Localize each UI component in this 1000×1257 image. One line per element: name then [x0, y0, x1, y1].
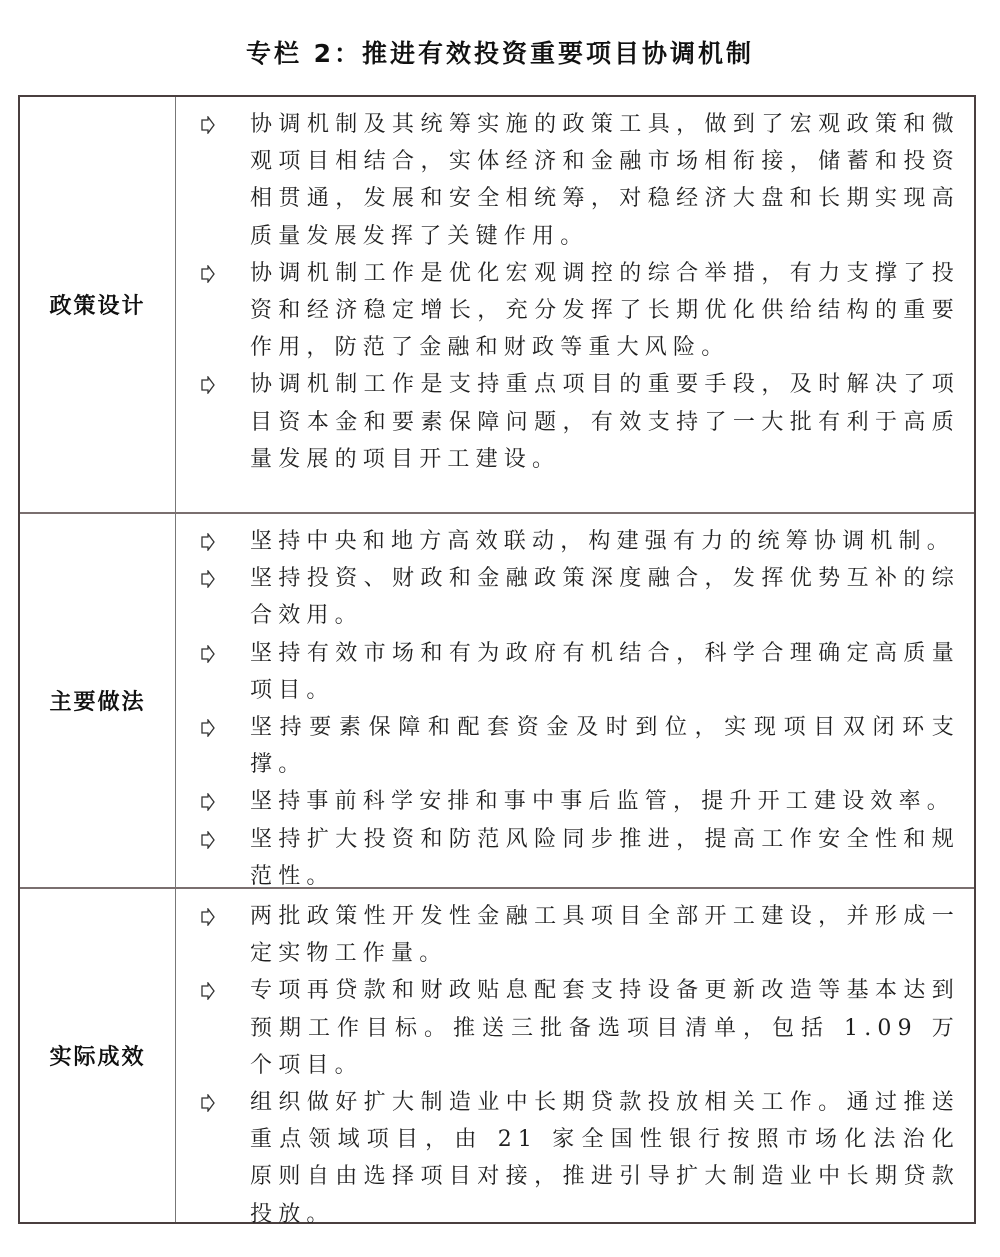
list-item: 协调机制工作是优化宏观调控的综合举措，有力支撑了投资和经济稳定增长，充分发挥了长… — [200, 255, 960, 367]
row-content: 两批政策性开发性金融工具项目全部开工建设，并形成一定实物工作量。 专项再贷款和财… — [176, 889, 974, 1222]
list-item: 坚持事前科学安排和事中事后监管，提升开工建设效率。 — [200, 783, 960, 820]
list-item-text: 坚持中央和地方高效联动，构建强有力的统筹协调机制。 — [250, 529, 955, 554]
list-item-text: 坚持投资、财政和金融政策深度融合，发挥优势互补的综合效用。 — [250, 566, 960, 628]
page-title: 专栏 2：推进有效投资重要项目协调机制 — [0, 34, 1000, 70]
list-item-text: 坚持扩大投资和防范风险同步推进，提高工作安全性和规范性。 — [250, 827, 960, 889]
list-item-text: 协调机制工作是支持重点项目的重要手段，及时解决了项目资本金和要素保障问题，有效支… — [250, 372, 960, 471]
hollow-right-arrow-icon — [200, 719, 216, 737]
row-label: 实际成效 — [20, 889, 176, 1222]
table-row-actual-results: 实际成效 两批政策性开发性金融工具项目全部开工建设，并形成一定实物工作量。 专项… — [20, 887, 974, 1222]
list-item: 专项再贷款和财政贴息配套支持设备更新改造等基本达到预期工作目标。推送三批备选项目… — [200, 972, 960, 1084]
row-label: 政策设计 — [20, 97, 176, 512]
row-label: 主要做法 — [20, 514, 176, 887]
list-item-text: 坚持要素保障和配套资金及时到位，实现项目双闭环支撑。 — [250, 715, 960, 777]
hollow-right-arrow-icon — [200, 645, 216, 663]
list-item: 坚持有效市场和有为政府有机结合，科学合理确定高质量项目。 — [200, 635, 960, 709]
hollow-right-arrow-icon — [200, 376, 216, 394]
list-item-text: 协调机制工作是优化宏观调控的综合举措，有力支撑了投资和经济稳定增长，充分发挥了长… — [250, 261, 960, 360]
list-item: 组织做好扩大制造业中长期贷款投放相关工作。通过推送重点领域项目，由 21 家全国… — [200, 1084, 960, 1233]
table-row-main-practices: 主要做法 坚持中央和地方高效联动，构建强有力的统筹协调机制。 坚持投资、财政和金… — [20, 512, 974, 887]
hollow-right-arrow-icon — [200, 908, 216, 926]
list-item-text: 坚持事前科学安排和事中事后监管，提升开工建设效率。 — [250, 789, 955, 814]
hollow-right-arrow-icon — [200, 831, 216, 849]
hollow-right-arrow-icon — [200, 1094, 216, 1112]
hollow-right-arrow-icon — [200, 793, 216, 811]
info-table: 政策设计 协调机制及其统筹实施的政策工具，做到了宏观政策和微观项目相结合，实体经… — [18, 95, 976, 1224]
list-item: 坚持中央和地方高效联动，构建强有力的统筹协调机制。 — [200, 523, 960, 560]
list-item-text: 专项再贷款和财政贴息配套支持设备更新改造等基本达到预期工作目标。推送三批备选项目… — [250, 978, 960, 1077]
list-item: 坚持扩大投资和防范风险同步推进，提高工作安全性和规范性。 — [200, 821, 960, 895]
list-item: 两批政策性开发性金融工具项目全部开工建设，并形成一定实物工作量。 — [200, 898, 960, 972]
list-item: 坚持投资、财政和金融政策深度融合，发挥优势互补的综合效用。 — [200, 560, 960, 634]
list-item-text: 协调机制及其统筹实施的政策工具，做到了宏观政策和微观项目相结合，实体经济和金融市… — [250, 112, 960, 249]
hollow-right-arrow-icon — [200, 265, 216, 283]
list-item-text: 组织做好扩大制造业中长期贷款投放相关工作。通过推送重点领域项目，由 21 家全国… — [250, 1090, 960, 1227]
hollow-right-arrow-icon — [200, 570, 216, 588]
list-item: 协调机制及其统筹实施的政策工具，做到了宏观政策和微观项目相结合，实体经济和金融市… — [200, 106, 960, 255]
list-item: 协调机制工作是支持重点项目的重要手段，及时解决了项目资本金和要素保障问题，有效支… — [200, 366, 960, 478]
list-item: 坚持要素保障和配套资金及时到位，实现项目双闭环支撑。 — [200, 709, 960, 783]
row-content: 协调机制及其统筹实施的政策工具，做到了宏观政策和微观项目相结合，实体经济和金融市… — [176, 97, 974, 512]
hollow-right-arrow-icon — [200, 116, 216, 134]
list-item-text: 两批政策性开发性金融工具项目全部开工建设，并形成一定实物工作量。 — [250, 904, 960, 966]
hollow-right-arrow-icon — [200, 982, 216, 1000]
row-content: 坚持中央和地方高效联动，构建强有力的统筹协调机制。 坚持投资、财政和金融政策深度… — [176, 514, 974, 887]
hollow-right-arrow-icon — [200, 533, 216, 551]
list-item-text: 坚持有效市场和有为政府有机结合，科学合理确定高质量项目。 — [250, 641, 960, 703]
table-row-policy-design: 政策设计 协调机制及其统筹实施的政策工具，做到了宏观政策和微观项目相结合，实体经… — [20, 97, 974, 512]
